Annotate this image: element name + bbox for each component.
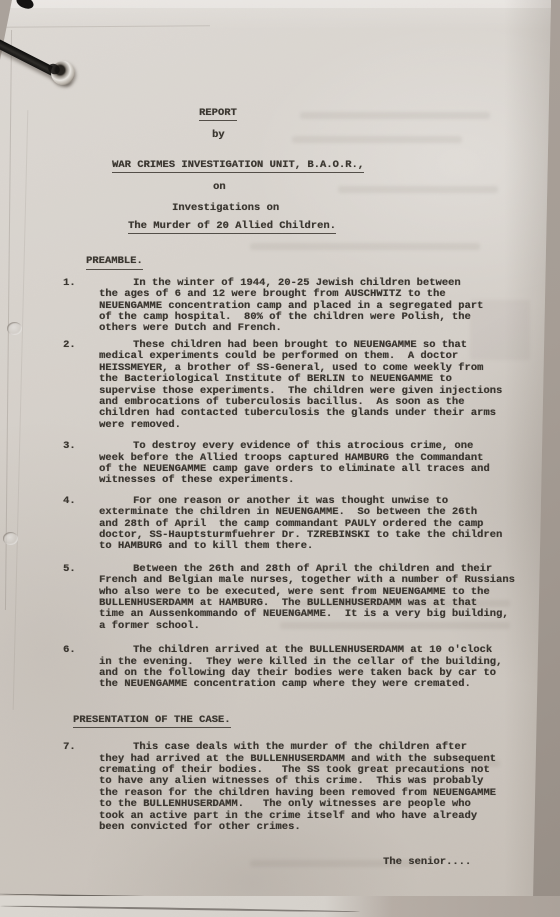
paragraph-3: 3. To destroy every evidence of this atr…	[99, 441, 534, 487]
section-heading-preamble: PREAMBLE.	[86, 256, 560, 269]
paragraph-7: 7. This case deals with the murder of th…	[99, 742, 534, 833]
paragraph-text: These children had been brought to NEUEN…	[99, 340, 534, 431]
report-title: REPORT	[199, 108, 560, 121]
document-page: REPORT by WAR CRIMES INVESTIGATION UNIT,…	[0, 0, 560, 901]
paragraph-number: 1.	[63, 278, 76, 289]
paragraph-number: 6.	[63, 645, 76, 656]
paragraph-text: This case deals with the murder of the c…	[99, 742, 534, 833]
section-heading-presentation: PRESENTATION OF THE CASE.	[73, 715, 560, 728]
section-heading-text: PRESENTATION OF THE CASE.	[73, 715, 231, 728]
report-title-text: REPORT	[199, 108, 237, 121]
paragraph-text: To destroy every evidence of this atroci…	[99, 441, 534, 487]
paragraph-text: For one reason or another it was thought…	[99, 496, 534, 553]
paragraph-text: The children arrived at the BULLENHUSERD…	[99, 645, 534, 691]
subject-intro-line: Investigations on	[172, 203, 560, 214]
paragraph-6: 6. The children arrived at the BULLENHUS…	[99, 645, 534, 691]
paragraph-4: 4. For one reason or another it was thou…	[99, 496, 534, 553]
paragraph-number: 5.	[63, 564, 76, 575]
subject-title-line: The Murder of 20 Allied Children.	[128, 221, 560, 234]
paragraph-text: In the winter of 1944, 20-25 Jewish chil…	[99, 278, 534, 335]
paragraph-1: 1. In the winter of 1944, 20-25 Jewish c…	[99, 278, 534, 335]
byline: by	[212, 130, 560, 141]
scanned-document-photo: REPORT by WAR CRIMES INVESTIGATION UNIT,…	[0, 0, 560, 917]
typewritten-content: REPORT by WAR CRIMES INVESTIGATION UNIT,…	[0, 0, 560, 868]
paragraph-2: 2. These children had been brought to NE…	[99, 340, 534, 431]
author-unit-line: WAR CRIMES INVESTIGATION UNIT, B.A.O.R.,	[112, 160, 560, 173]
binding-grommet	[51, 61, 75, 85]
paragraph-number: 7.	[63, 742, 76, 753]
paragraph-number: 4.	[63, 496, 76, 507]
section-heading-text: PREAMBLE.	[86, 256, 143, 269]
subject-title-text: The Murder of 20 Allied Children.	[128, 221, 336, 234]
paragraph-5: 5. Between the 26th and 28th of April th…	[99, 564, 534, 632]
author-unit-text: WAR CRIMES INVESTIGATION UNIT, B.A.O.R.,	[112, 160, 364, 173]
paragraph-text: Between the 26th and 28th of April the c…	[99, 564, 534, 632]
paragraph-number: 2.	[63, 340, 76, 351]
preposition-line: on	[213, 182, 560, 193]
paragraph-number: 3.	[63, 441, 76, 452]
continuation-catchword: The senior....	[383, 857, 560, 868]
